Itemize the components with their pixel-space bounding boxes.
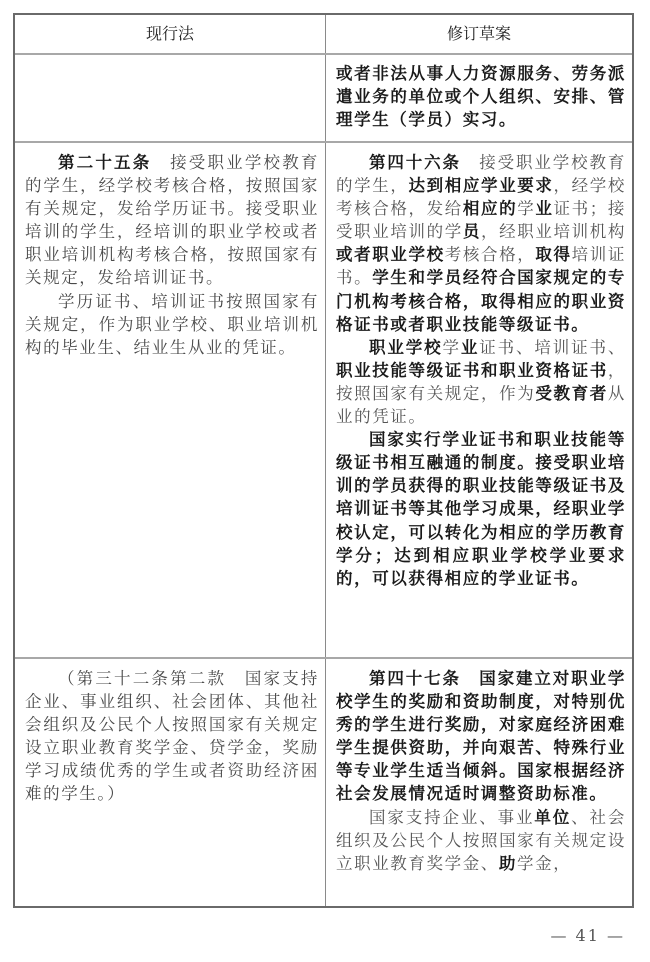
revised-text: 或者非法从事人力资源服务、劳务派遣业务的单位或个人组织、安排、管理学生（学员）实… [336, 64, 626, 129]
revised-text: 受教育者 [535, 384, 608, 403]
retained-text: 学 [517, 199, 535, 218]
revised-text: 国家实行学业证书和职业技能等级证书相互融通的制度。接受职业培训的学员获得的职业技… [336, 430, 626, 588]
revised-text: 第四十七条 国家建立对职业学校学生的奖励和资助制度，对特别优秀的学生进行奖励，对… [336, 669, 626, 803]
paragraph: 职业学校学业证书、培训证书、职业技能等级证书和职业资格证书，按照国家有关规定，作… [336, 336, 626, 428]
comparison-table: 现行法 修订草案 或者非法从事人力资源服务、劳务派遣业务的单位或个人组织、安排、… [13, 13, 634, 908]
revised-text: 单位 [534, 808, 571, 827]
row-1-current-law: 第二十五条 接受职业学校教育的学生，经学校考核合格，按照国家有关规定，发给学历证… [15, 151, 325, 651]
retained-text: 证书、培训证书、 [479, 338, 626, 357]
row-separator [15, 657, 632, 659]
row-0-revised-draft: 或者非法从事人力资源服务、劳务派遣业务的单位或个人组织、安排、管理学生（学员）实… [326, 62, 632, 142]
row-2-current-law: （第三十二条第二款 国家支持企业、事业组织、社会团体、其他社会组织及公民个人按照… [15, 667, 325, 902]
retained-text: 学 [443, 338, 461, 357]
retained-text: 学历证书、培训证书按照国家有关规定，作为职业学校、职业培训机构的毕业生、结业生从… [25, 292, 319, 357]
header-current-law: 现行法 [15, 15, 325, 53]
paragraph: 国家支持企业、事业单位、社会组织及公民个人按照国家有关规定设立职业教育奖学金、助… [336, 806, 626, 875]
retained-text: 学金， [517, 854, 571, 873]
revised-text: 职业技能等级证书和职业资格证书 [336, 361, 608, 380]
revised-text: 第四十六条 [369, 153, 461, 172]
revised-text: 学生和学员经符合国家规定的专门机构考核合格，取得相应的职业资格证书或者职业技能等… [336, 268, 626, 333]
retained-text: 考核合格， [445, 245, 536, 264]
row-separator [15, 141, 632, 143]
paragraph: 国家实行学业证书和职业技能等级证书相互融通的制度。接受职业培训的学员获得的职业技… [336, 428, 626, 590]
retained-text: （第三十二条第二款 国家支持企业、事业组织、社会团体、其他社会组织及公民个人按照… [25, 669, 319, 803]
revised-text: 取得 [535, 245, 571, 264]
row-1-revised-draft: 第四十六条 接受职业学校教育的学生，达到相应学业要求，经学校考核合格，发给相应的… [326, 151, 632, 651]
revised-text: 业 [535, 199, 553, 218]
paragraph: 第四十六条 接受职业学校教育的学生，达到相应学业要求，经学校考核合格，发给相应的… [336, 151, 626, 336]
retained-text: 接受职业学校教育的学生，经学校考核合格，按照国家有关规定，发给学历证书。接受职业… [25, 153, 319, 287]
paragraph: （第三十二条第二款 国家支持企业、事业组织、社会团体、其他社会组织及公民个人按照… [25, 667, 319, 806]
retained-text: ，经职业培训机构 [481, 222, 626, 241]
revised-text: 达到相应学业要求 [409, 176, 554, 195]
revised-text: 业 [461, 338, 479, 357]
revised-text: 第二十五条 [58, 153, 151, 172]
revised-text: 职业学校 [369, 338, 443, 357]
revised-text: 或者职业学校 [336, 245, 445, 264]
revised-text: 助 [499, 854, 517, 873]
header-revised-draft: 修订草案 [326, 15, 632, 53]
page-number: — 41 — [550, 926, 625, 945]
paragraph: 第四十七条 国家建立对职业学校学生的奖励和资助制度，对特别优秀的学生进行奖励，对… [336, 667, 626, 806]
revised-text: 员 [463, 222, 481, 241]
row-0-current-law [15, 55, 325, 141]
revised-text: 相应的 [463, 199, 517, 218]
paragraph: 第二十五条 接受职业学校教育的学生，经学校考核合格，按照国家有关规定，发给学历证… [25, 151, 319, 290]
paragraph: 学历证书、培训证书按照国家有关规定，作为职业学校、职业培训机构的毕业生、结业生从… [25, 290, 319, 359]
retained-text: 国家支持企业、事业 [369, 808, 534, 827]
paragraph: 或者非法从事人力资源服务、劳务派遣业务的单位或个人组织、安排、管理学生（学员）实… [336, 62, 626, 131]
row-2-revised-draft: 第四十七条 国家建立对职业学校学生的奖励和资助制度，对特别优秀的学生进行奖励，对… [326, 667, 632, 902]
